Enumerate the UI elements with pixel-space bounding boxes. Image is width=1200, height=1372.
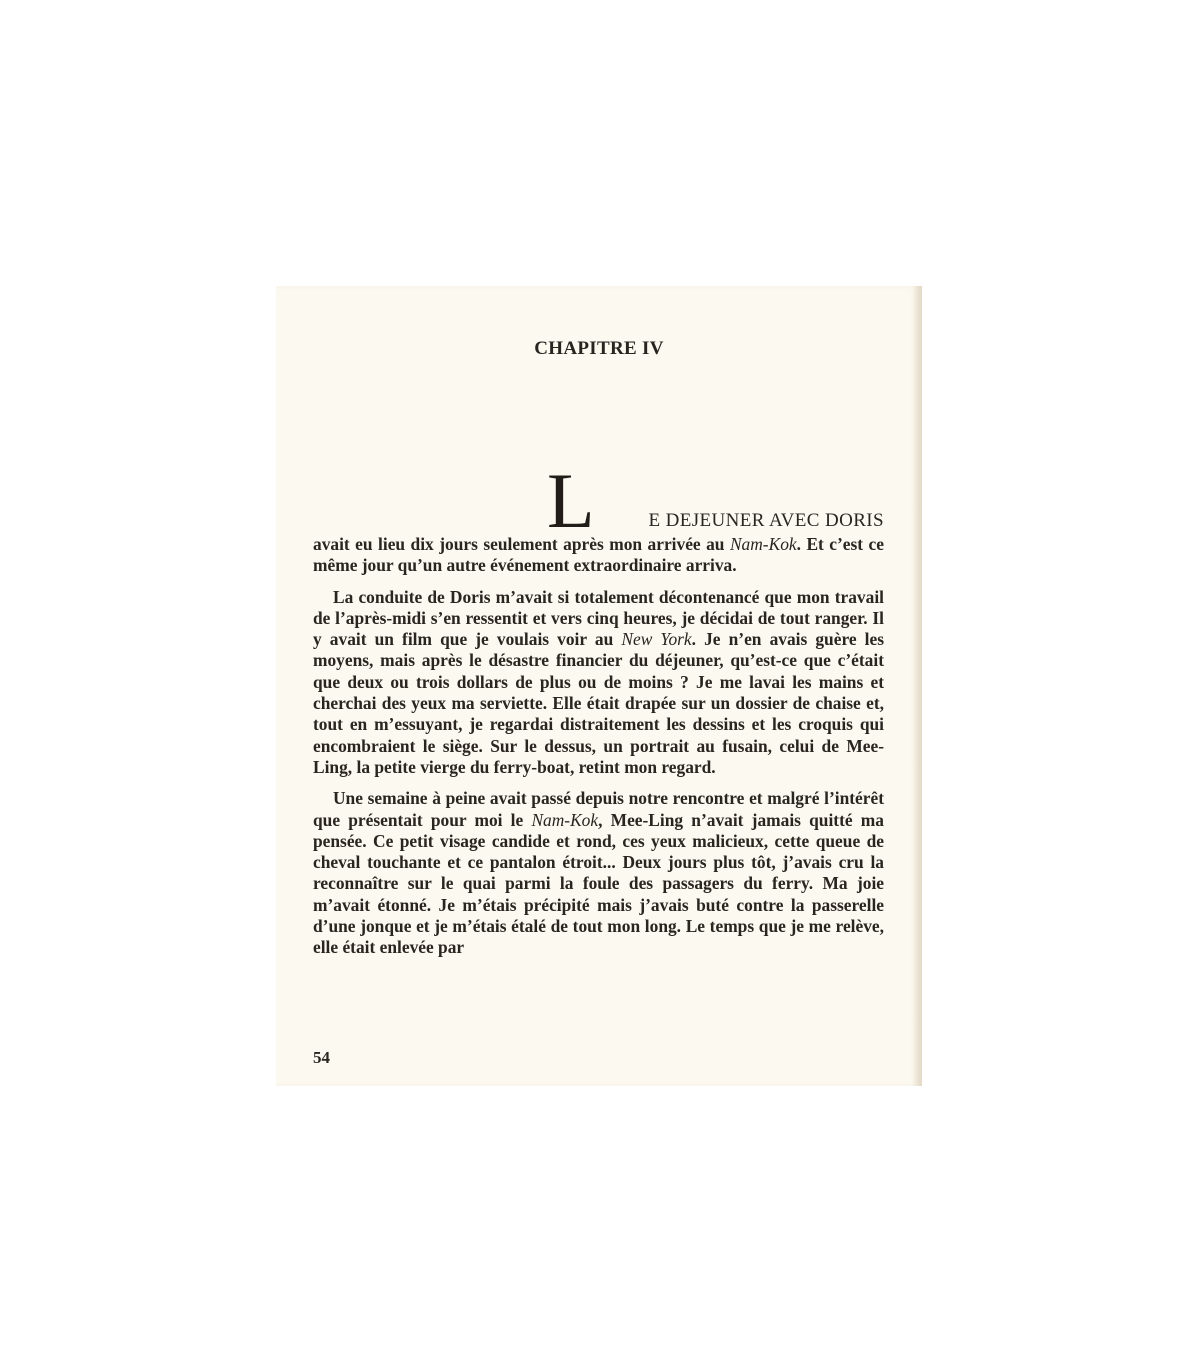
text-segment: , Mee-Ling n’avait jamais quitté ma pens… — [313, 810, 884, 958]
italic-ship-name: Nam-Kok — [531, 810, 598, 830]
opening-small-caps: E DEJEUNER AVEC DORIS — [648, 510, 884, 532]
book-page: CHAPITRE IV L E DEJEUNER AVEC DORIS avai… — [276, 286, 922, 1086]
paragraph-1: avait eu lieu dix jours seulement après … — [313, 534, 884, 577]
body-text: avait eu lieu dix jours seulement après … — [313, 534, 884, 959]
text-segment: avait eu lieu dix jours seulement après … — [313, 534, 730, 554]
italic-cinema-name: New York — [621, 629, 691, 649]
paragraph-3: Une semaine à peine avait passé depuis n… — [313, 788, 884, 958]
chapter-opening: L E DEJEUNER AVEC DORIS — [313, 472, 884, 532]
paragraph-2: La conduite de Doris m’avait si totaleme… — [313, 587, 884, 779]
chapter-title: CHAPITRE IV — [276, 338, 922, 360]
page-number: 54 — [313, 1048, 330, 1068]
drop-cap: L — [547, 468, 595, 534]
italic-ship-name: Nam-Kok — [730, 534, 797, 554]
text-segment: . Je n’en avais guère les moyens, mais a… — [313, 629, 884, 777]
